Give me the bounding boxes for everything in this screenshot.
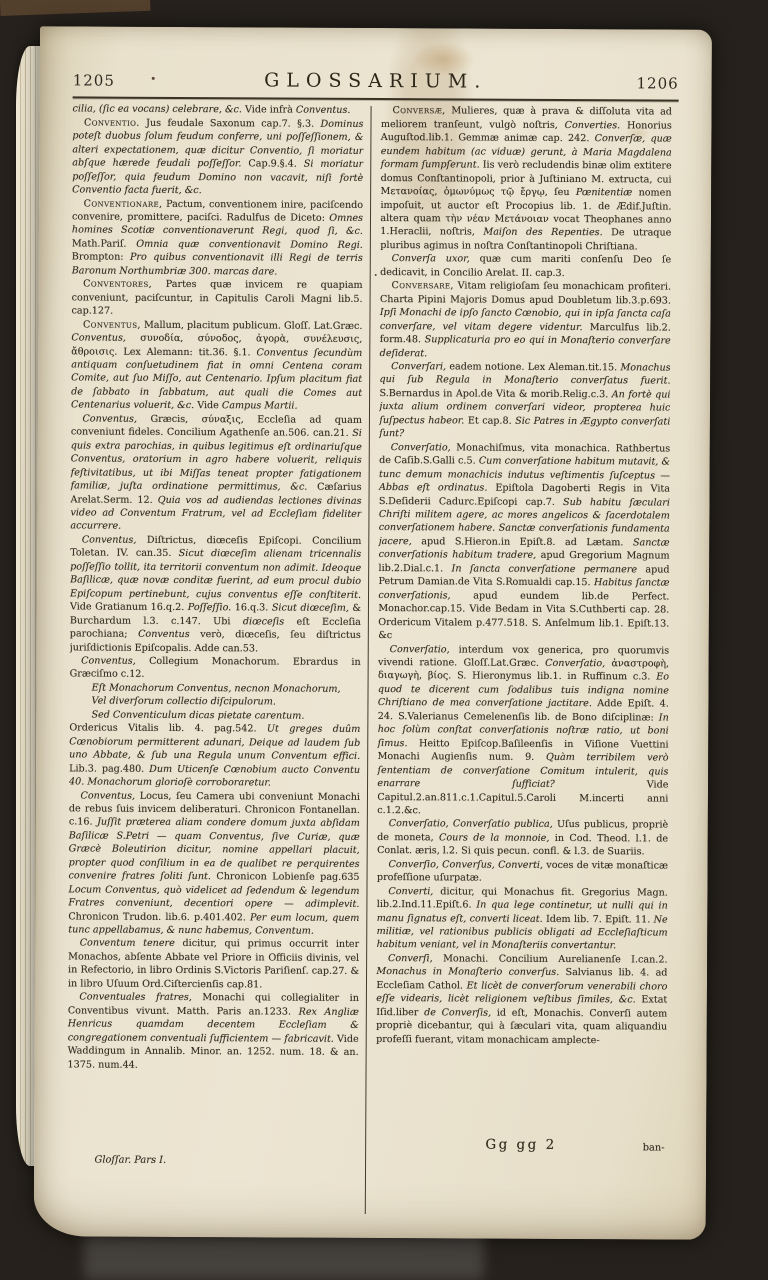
column-left: cilia, (ſic ea vocans) celebrare, &c. Vi… bbox=[67, 103, 364, 1169]
book-page: 1205 GLOSSARIUM. 1206 cilia, (ſic ea voc… bbox=[34, 26, 712, 1240]
column-left-text: cilia, (ſic ea vocans) celebrare, &c. Vi… bbox=[67, 103, 363, 1153]
verse-line: Vel diverſorum collectio diſcipulorum. bbox=[92, 695, 361, 710]
catchword: ban- bbox=[643, 1142, 665, 1156]
paragraph: Conventus, Locus, ſeu Camera ubi conveni… bbox=[68, 789, 360, 939]
paragraph: Conventus, Diſtrictus, diœceſis Epiſcopi… bbox=[70, 533, 362, 656]
paragraph: Conventuales fratres, Monachi qui colleg… bbox=[68, 991, 359, 1073]
paragraph: Converſatio, Monachiſmus, vita monachica… bbox=[378, 441, 670, 644]
paragraph: Conventus, Græcis, σύναξις, Eccleſia ad … bbox=[70, 412, 362, 535]
footer-signature-title: Gloſſar. Pars I. bbox=[94, 1154, 358, 1169]
page-content: 1205 GLOSSARIUM. 1206 cilia, (ſic ea voc… bbox=[67, 26, 679, 1216]
paragraph: Conversare, Vitam religioſam ſeu monachi… bbox=[380, 279, 671, 361]
page-number-left: 1205 bbox=[73, 71, 143, 89]
column-right-text: Conversæ, Mulieres, quæ à prava & diſſol… bbox=[376, 104, 672, 1134]
paragraph: Conventores, Partes quæ invicem re quapi… bbox=[71, 278, 362, 320]
paragraph: Converſio, Converſus, Converti, voces de… bbox=[377, 858, 668, 886]
verse-line: Sed Conventiculum dicas pietate carentum… bbox=[91, 708, 360, 723]
page-header: 1205 GLOSSARIUM. 1206 bbox=[73, 26, 679, 93]
paragraph: Conventus, Mallum, placitum publicum. Gl… bbox=[71, 318, 362, 414]
paragraph: Converſatio, Converſatio publica, Uſus p… bbox=[377, 817, 668, 859]
paragraph: Converti, dicitur, qui Monachus fit. Gre… bbox=[377, 885, 668, 954]
verse-line: Eſt Monachorum Conventus, necnon Monacho… bbox=[92, 681, 361, 696]
book-binding-edge bbox=[0, 0, 150, 16]
paragraph: Conversæ, Mulieres, quæ à prava & diſſol… bbox=[380, 104, 672, 254]
verse-block: Eſt Monachorum Conventus, necnon Monacho… bbox=[91, 681, 360, 723]
paragraph: Converſari, eadem notione. Lex Aleman.ti… bbox=[379, 360, 670, 442]
signature-mark: Gg gg 2 bbox=[376, 1138, 667, 1153]
paragraph: Conventum tenere dicitur, qui primus occ… bbox=[68, 937, 359, 992]
paragraph: Conventionare, Pactum, conventionem inir… bbox=[72, 197, 363, 279]
scanner-bed-shadow bbox=[84, 1232, 484, 1280]
paragraph: Conventio. Jus feudale Saxonum cap.7. §.… bbox=[72, 116, 363, 198]
header-rule bbox=[73, 96, 679, 102]
paragraph: Converſa uxor, quæ cum mariti conſenſu D… bbox=[380, 252, 671, 280]
paragraph: Conventus, Collegium Monachorum. Ebrardu… bbox=[70, 654, 361, 682]
running-title: GLOSSARIUM. bbox=[143, 69, 609, 93]
text-columns: cilia, (ſic ea vocans) celebrare, &c. Vi… bbox=[67, 103, 679, 1216]
paragraph: Converſatio, interdum vox generica, pro … bbox=[377, 643, 669, 819]
signature-row: Gg gg 2 ban- bbox=[375, 1138, 666, 1156]
paragraph: cilia, (ſic ea vocans) celebrare, &c. Vi… bbox=[73, 103, 364, 118]
column-right-wrap: Conversæ, Mulieres, quæ à prava & diſſol… bbox=[366, 104, 672, 1216]
page-number-right: 1206 bbox=[609, 74, 679, 92]
column-right: Conversæ, Mulieres, quæ à prava & diſſol… bbox=[375, 104, 671, 1156]
paragraph: Ordericus Vitalis lib. 4. pag.542. Ut gr… bbox=[69, 722, 360, 791]
column-left-wrap: cilia, (ſic ea vocans) celebrare, &c. Vi… bbox=[67, 103, 371, 1215]
paragraph: Converſi, Monachi. Concilium Aurelianenſ… bbox=[376, 952, 667, 1048]
photographed-book-scan: { "page": { "left_page_number": "1205", … bbox=[0, 0, 768, 1280]
